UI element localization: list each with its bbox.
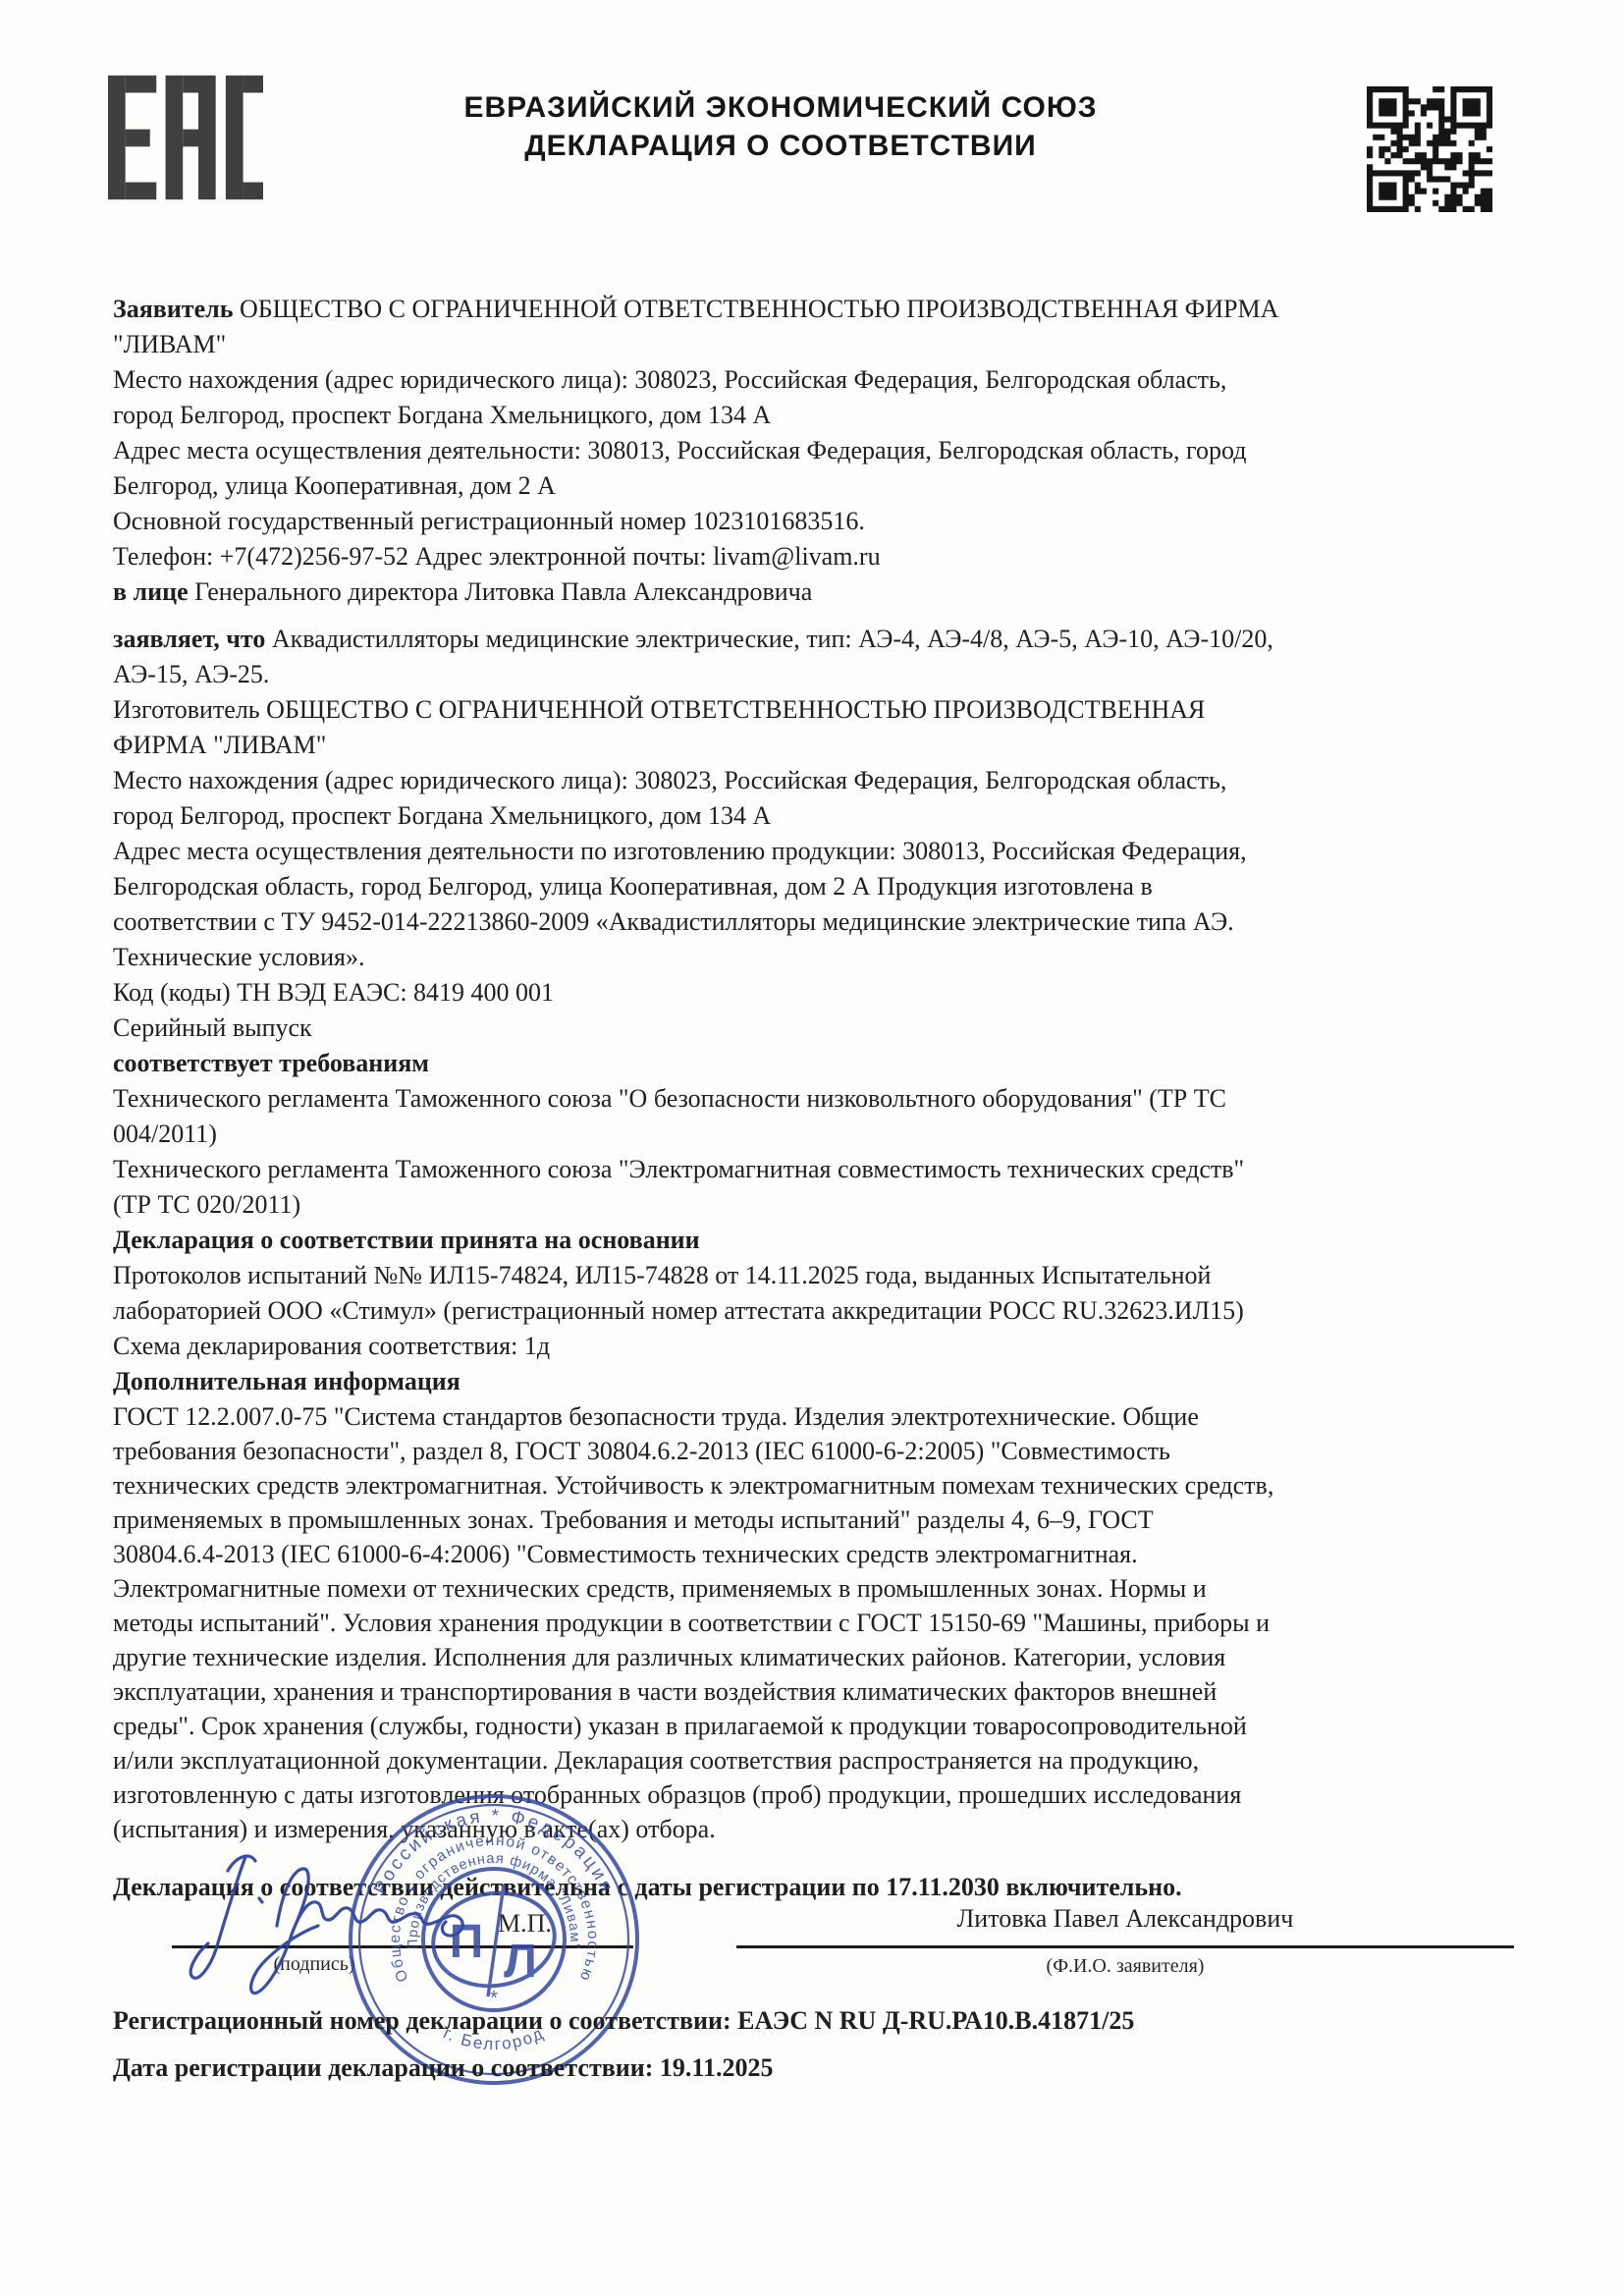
company-stamp: Российская * Федерация Общество с ограни… — [344, 1789, 644, 2090]
stamp-monogram-p: П — [450, 1916, 484, 1968]
conforms-heading: соответствует требованиям — [113, 1046, 1576, 1081]
eac-mark-logo — [108, 72, 263, 203]
declares-paragraph: заявляет, что Аквадистилляторы медицинск… — [113, 622, 1576, 692]
declaration-document-page: ЕВРАЗИЙСКИЙ ЭКОНОМИЧЕСКИЙ СОЮЗ ДЕКЛАРАЦИ… — [0, 0, 1624, 2296]
stamp-monogram-l: Л — [504, 1936, 537, 1988]
regulation-1: Технического регламента Таможенного союз… — [113, 1081, 1576, 1152]
manufacturer-activity-address: Адрес места осуществления деятельности п… — [113, 834, 1576, 975]
basis-heading: Декларация о соответствии принята на осн… — [113, 1223, 1576, 1258]
applicant-paragraph: Заявитель ОБЩЕСТВО С ОГРАНИЧЕННОЙ ОТВЕТС… — [113, 292, 1576, 362]
declarant-caption: (Ф.И.О. заявителя) — [736, 1955, 1514, 1978]
declarant-name-line — [736, 1945, 1514, 1948]
in-person-text: Генерального директора Литовка Павла Але… — [194, 577, 812, 606]
declaration-title: ДЕКЛАРАЦИЯ О СООТВЕТСТВИИ — [524, 130, 1036, 162]
ogrn-line: Основной государственный регистрационный… — [113, 504, 1576, 539]
regulation-2: Технического регламента Таможенного союз… — [113, 1152, 1576, 1223]
document-title: ЕВРАЗИЙСКИЙ ЭКОНОМИЧЕСКИЙ СОЮЗ ДЕКЛАРАЦИ… — [275, 88, 1286, 165]
manufacturer-address: Место нахождения (адрес юридического лиц… — [113, 763, 1576, 834]
tnved-code-line: Код (коды) ТН ВЭД ЕАЭС: 8419 400 001 — [113, 975, 1576, 1011]
manufacturer-paragraph: Изготовитель ОБЩЕСТВО С ОГРАНИЧЕННОЙ ОТВ… — [113, 692, 1576, 763]
in-person-label: в лице — [113, 577, 189, 606]
registration-date-line: Дата регистрации декларации о соответств… — [113, 2053, 773, 2083]
applicant-activity-address: Адрес места осуществления деятельности: … — [113, 433, 1576, 504]
applicant-name: ОБЩЕСТВО С ОГРАНИЧЕННОЙ ОТВЕТСТВЕННОСТЬЮ… — [113, 295, 1278, 358]
applicant-label: Заявитель — [113, 295, 233, 323]
phone-email-line: Телефон: +7(472)256-97-52 Адрес электрон… — [113, 539, 1576, 574]
additional-info-heading: Дополнительная информация — [113, 1364, 1576, 1399]
registration-number-line: Регистрационный номер декларации о соотв… — [113, 2006, 1134, 2036]
product-description: Аквадистилляторы медицинские электрическ… — [113, 625, 1273, 688]
additional-info-text: ГОСТ 12.2.007.0-75 "Система стандартов б… — [113, 1399, 1576, 1846]
release-type-line: Серийный выпуск — [113, 1011, 1576, 1046]
union-title: ЕВРАЗИЙСКИЙ ЭКОНОМИЧЕСКИЙ СОЮЗ — [463, 91, 1097, 124]
declarant-name: Литовка Павел Александрович — [736, 1904, 1514, 1934]
basis-text: Протоколов испытаний №№ ИЛ15-74824, ИЛ15… — [113, 1258, 1576, 1364]
in-person-line: в лице Генерального директора Литовка Па… — [113, 574, 1576, 610]
document-body: Заявитель ОБЩЕСТВО С ОГРАНИЧЕННОЙ ОТВЕТС… — [113, 292, 1576, 1905]
applicant-address: Место нахождения (адрес юридического лиц… — [113, 362, 1576, 433]
declares-label: заявляет, что — [113, 625, 265, 653]
qr-code — [1367, 86, 1492, 212]
